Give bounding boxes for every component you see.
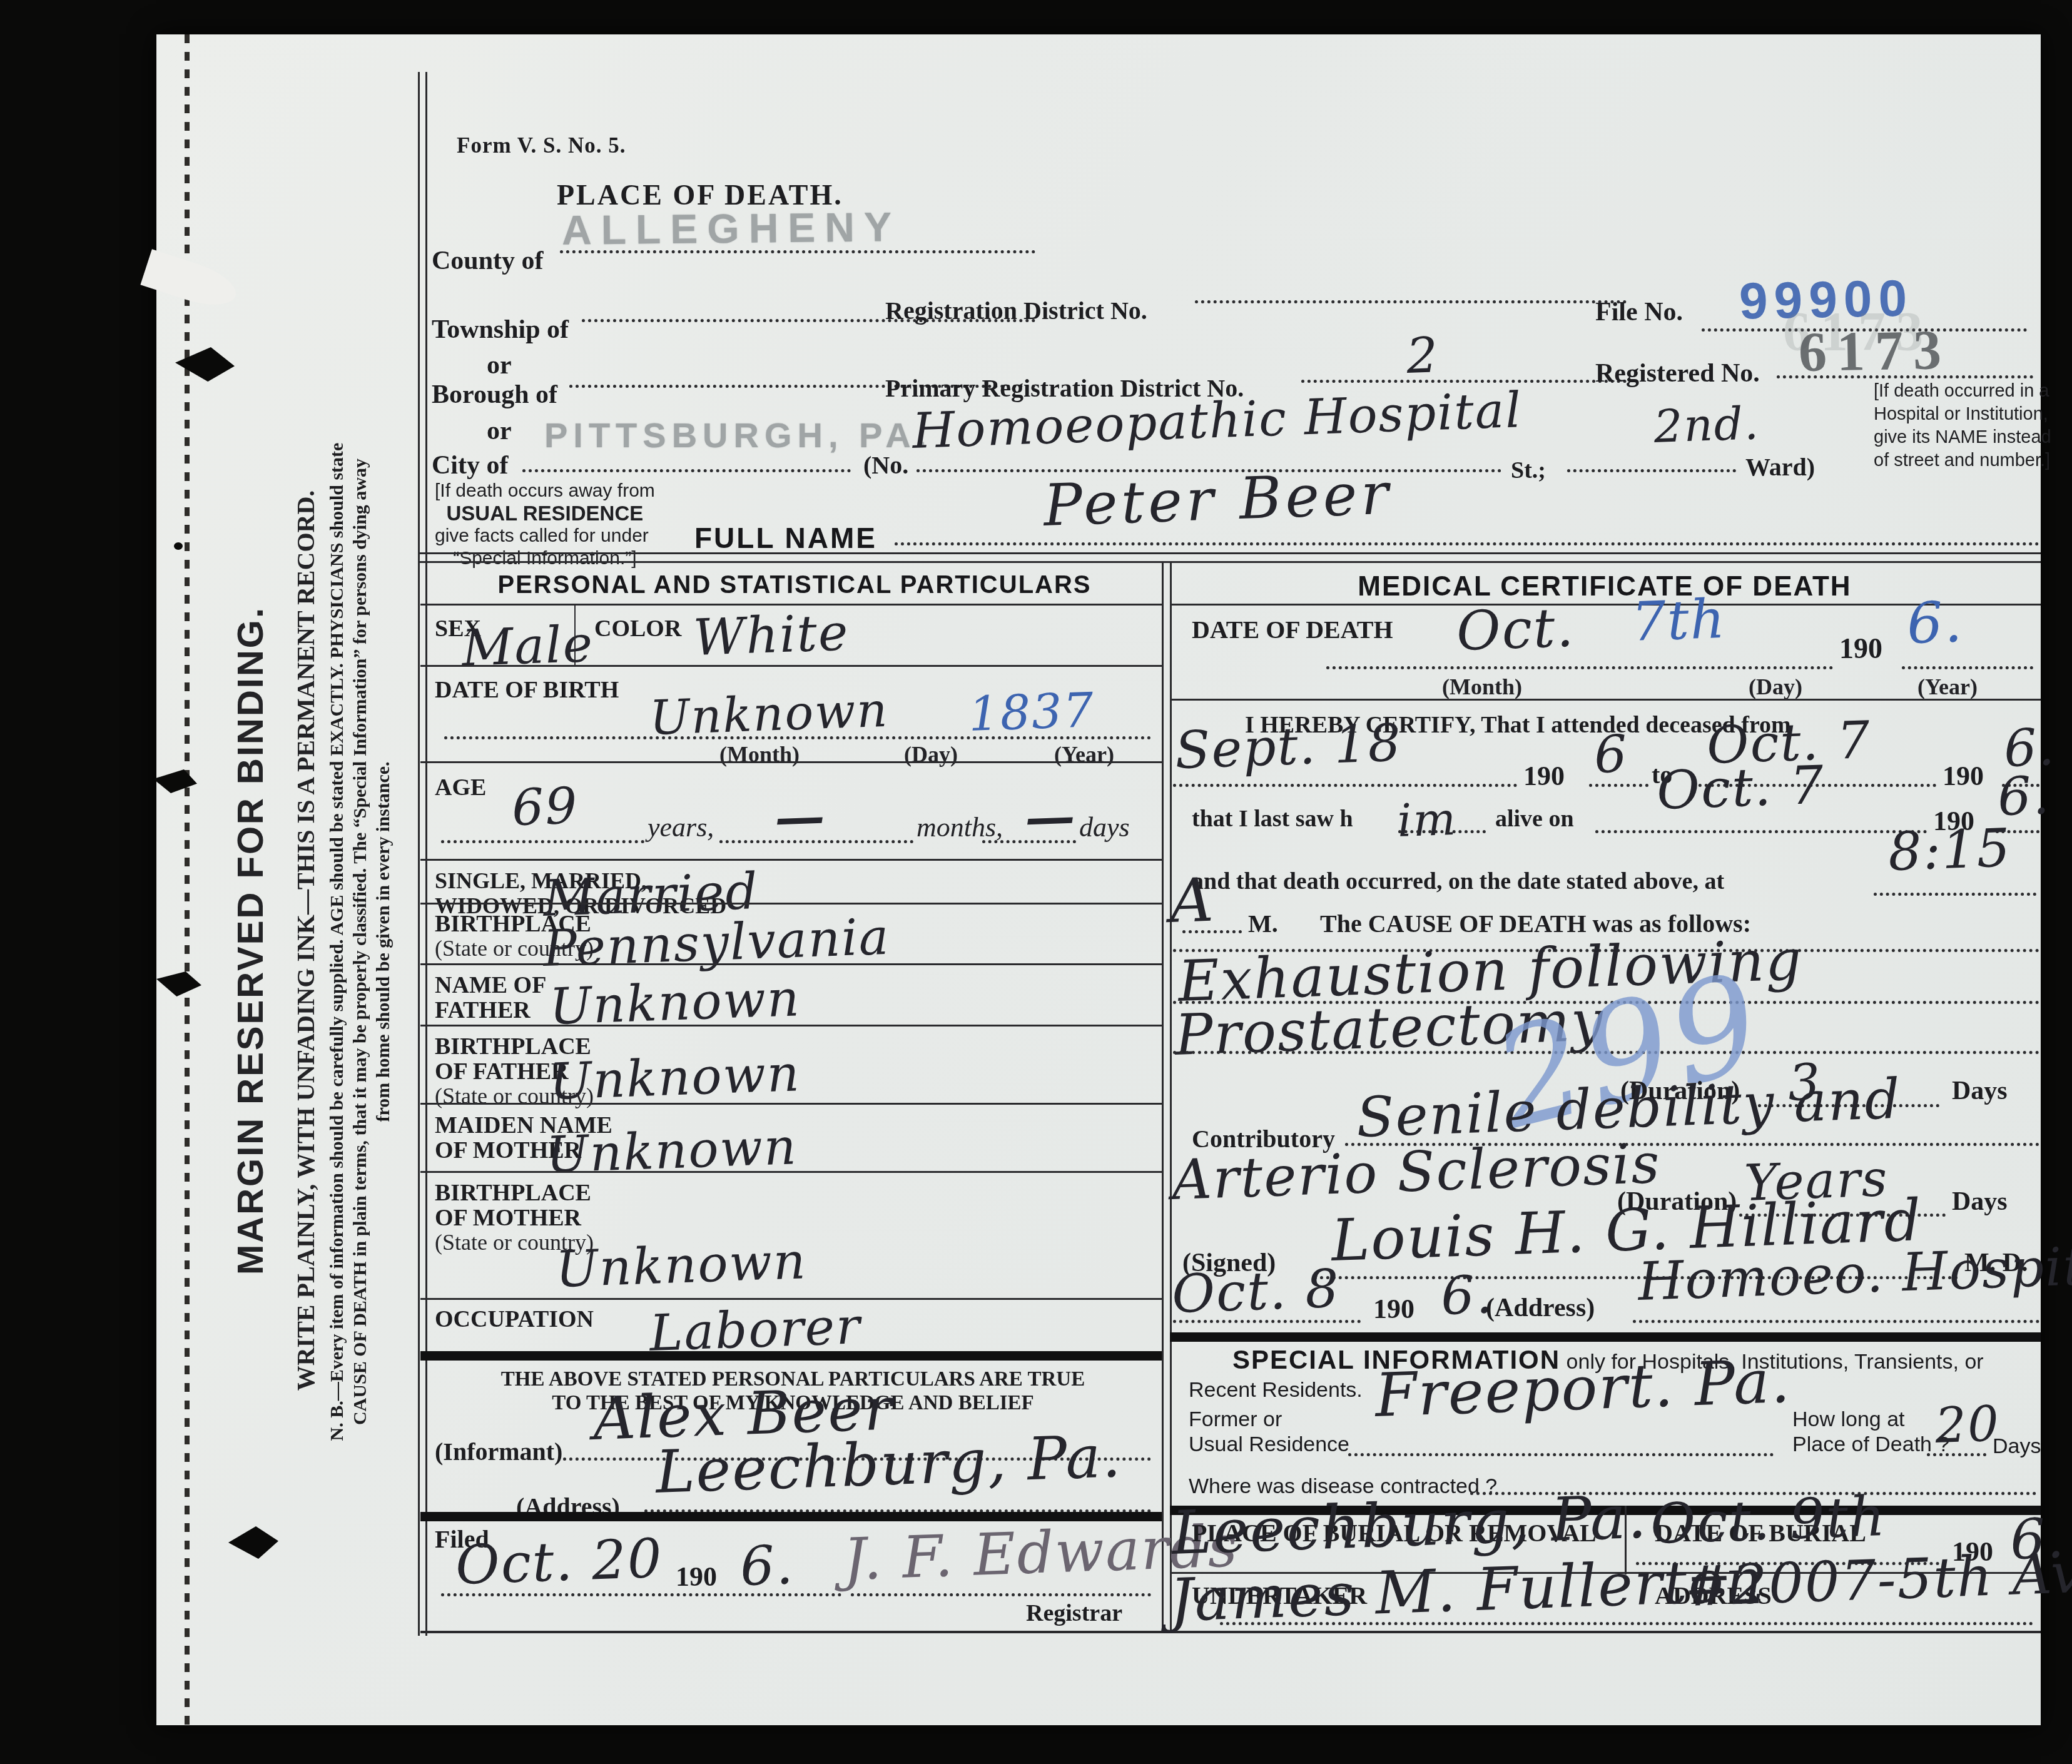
howlong-label1: How long at bbox=[1792, 1407, 1905, 1432]
borough-label: Borough of bbox=[432, 380, 557, 410]
ward-label: Ward) bbox=[1745, 452, 1815, 482]
full-name-label: FULL NAME bbox=[694, 521, 877, 555]
am-pm-value: A bbox=[1169, 865, 1216, 936]
dob-month-label: (Month) bbox=[719, 741, 800, 768]
residence-note: [If death occurs away from USUAL RESIDEN… bbox=[435, 480, 655, 570]
registered-no-blank bbox=[1777, 375, 2033, 378]
occupation-label: OCCUPATION bbox=[435, 1305, 594, 1333]
dod-year-value: 6. bbox=[1906, 589, 1964, 657]
attended-from-year-printed: 190 bbox=[1523, 760, 1565, 792]
personal-thick-bar-1 bbox=[420, 1351, 1162, 1361]
full-name-blank bbox=[895, 542, 2039, 545]
st-label: St.; bbox=[1511, 457, 1546, 484]
dob-blank bbox=[444, 736, 1151, 739]
dob-year-value: 1837 bbox=[968, 682, 1095, 742]
registrar-label: Registrar bbox=[1026, 1599, 1122, 1627]
attended-to-year-printed: 190 bbox=[1942, 760, 1984, 792]
age-label: AGE bbox=[435, 774, 486, 801]
age-years-blank bbox=[441, 840, 644, 843]
undertaker-address-value: #2007-5th Av. bbox=[1683, 1540, 2072, 1619]
age-value: 69 bbox=[511, 776, 579, 837]
form-left-border bbox=[418, 72, 420, 1636]
death-certificate-scan: MARGIN RESERVED FOR BINDING. WRITE PLAIN… bbox=[0, 0, 2072, 1764]
signed-date-blank bbox=[1173, 1320, 1361, 1323]
hospital-note-line4: of street and number.] bbox=[1874, 449, 2051, 472]
attended-from-year-value: 6 bbox=[1593, 724, 1629, 785]
paper-tear bbox=[156, 971, 201, 996]
registered-no-label: Registered No. bbox=[1595, 358, 1760, 388]
death-time-blank bbox=[1874, 893, 2036, 896]
or2-label: or bbox=[487, 416, 512, 446]
birthplace-row-rule bbox=[420, 963, 1162, 965]
file-no-label: File No. bbox=[1595, 297, 1683, 327]
paper-tear bbox=[153, 769, 197, 793]
signed-date-value: Oct. 8 bbox=[1171, 1258, 1341, 1325]
duration2-days-label: Days bbox=[1952, 1187, 2008, 1217]
father-name-rule bbox=[420, 1025, 1162, 1026]
township-blank bbox=[582, 319, 1035, 322]
howlong-value: 20 bbox=[1934, 1396, 2001, 1454]
filed-blank bbox=[441, 1593, 841, 1596]
registrar-blank bbox=[851, 1593, 1151, 1596]
father-name-label-1: NAME OF bbox=[435, 971, 546, 999]
birthplace-value: Pennsylvania bbox=[542, 908, 891, 978]
paper-tear bbox=[174, 542, 183, 550]
last-saw-blank bbox=[1595, 830, 1927, 833]
dob-row-rule bbox=[420, 761, 1162, 763]
last-saw-him-blank bbox=[1398, 830, 1486, 833]
father-bp-rule bbox=[420, 1103, 1162, 1105]
mother-name-rule bbox=[420, 1171, 1162, 1173]
attended-from-year-blank bbox=[1589, 784, 1648, 787]
dod-year-label: (Year) bbox=[1917, 674, 1978, 700]
special-info-note2: Recent Residents. bbox=[1189, 1378, 1363, 1402]
mother-name-value: Unknown bbox=[546, 1117, 798, 1184]
attended-from-blank bbox=[1173, 784, 1517, 787]
or1-label: or bbox=[487, 350, 512, 380]
dod-year-blank bbox=[1902, 666, 2033, 669]
burial-date-value: Oct. 9th bbox=[1649, 1484, 1887, 1556]
mother-bp-label-2: OF MOTHER bbox=[435, 1204, 581, 1232]
former-residence-label1: Former or bbox=[1189, 1407, 1282, 1432]
dod-year-printed: 190 bbox=[1839, 632, 1882, 665]
hospital-note: [If death occurred in a Hospital or Inst… bbox=[1874, 380, 2051, 472]
mother-bp-value: Unknown bbox=[555, 1232, 808, 1299]
dod-label: DATE OF DEATH bbox=[1192, 615, 1393, 644]
age-months-label: months, bbox=[917, 811, 1003, 843]
full-name-handwriting: Peter Beer bbox=[1042, 460, 1393, 539]
header-divider-top bbox=[418, 552, 2041, 554]
father-name-label-2: FATHER bbox=[435, 996, 531, 1024]
residence-note-line1: [If death occurs away from bbox=[435, 480, 655, 502]
signed-year-printed: 190 bbox=[1373, 1293, 1414, 1325]
attended-from-value: Sept. 18 bbox=[1174, 713, 1403, 781]
hospital-note-line1: [If death occurred in a bbox=[1874, 380, 2051, 403]
am-pm-blank bbox=[1182, 930, 1242, 933]
county-blank bbox=[560, 250, 1035, 253]
ward-value-handwriting: 2nd. bbox=[1653, 397, 1760, 453]
signed-address-label: (Address) bbox=[1486, 1293, 1595, 1323]
age-months-blank bbox=[719, 840, 913, 843]
ward-blank bbox=[1567, 469, 1736, 472]
hospital-note-line2: Hospital or Institution, bbox=[1874, 403, 2051, 426]
marital-row-rule bbox=[420, 903, 1162, 905]
residence-note-line4: “Special Information.”] bbox=[435, 547, 655, 570]
filed-date-value: Oct. 20 bbox=[455, 1527, 664, 1597]
duration-days-label: Days bbox=[1952, 1076, 2008, 1106]
dod-row-rule bbox=[1170, 699, 2041, 701]
city-label: City of bbox=[432, 450, 508, 480]
howlong-days-label: Days bbox=[1993, 1434, 2041, 1459]
dob-year-label: (Year) bbox=[1054, 741, 1114, 768]
margin-nb-line1: N. B.—Every item of information should b… bbox=[325, 154, 348, 1730]
residence-note-line3: give facts called for under bbox=[435, 525, 655, 547]
age-row-rule bbox=[420, 859, 1162, 861]
signed-address-blank bbox=[1633, 1320, 2039, 1323]
age-years-label: years, bbox=[647, 811, 714, 843]
column-divider bbox=[1162, 561, 1164, 1631]
form-number: Form V. S. No. 5. bbox=[457, 133, 626, 158]
last-saw-him: im bbox=[1396, 793, 1458, 847]
color-label: COLOR bbox=[594, 615, 681, 642]
margin-nb-text: N. B.—Every item of information should b… bbox=[325, 154, 395, 1730]
undertaker-blank bbox=[1220, 1622, 2033, 1625]
howlong-blank bbox=[1927, 1453, 1986, 1456]
color-value: White bbox=[693, 603, 850, 667]
informant-label: (Informant) bbox=[435, 1437, 562, 1466]
age-days-label: days bbox=[1079, 811, 1130, 843]
personal-title: PERSONAL AND STATISTICAL PARTICULARS bbox=[425, 571, 1164, 599]
dod-month-value: Oct. bbox=[1456, 596, 1576, 663]
margin-nb-line3: from home should be given in every insta… bbox=[372, 154, 395, 1730]
margin-plainly-text: WRITE PLAINLY, WITH UNFADING INK—THIS IS… bbox=[291, 300, 320, 1582]
sex-row-rule bbox=[420, 665, 1162, 667]
county-label: County of bbox=[432, 246, 544, 276]
paper-tear bbox=[140, 249, 241, 313]
former-residence-value: Freeport. Pa. bbox=[1374, 1346, 1792, 1431]
death-time-value: 8:15 bbox=[1887, 817, 2013, 883]
hospital-note-line3: give its NAME instead bbox=[1874, 426, 2051, 449]
margin-nb-line2: CAUSE OF DEATH in plain terms, that it m… bbox=[348, 154, 372, 1730]
former-residence-label2: Usual Residence bbox=[1189, 1432, 1349, 1457]
header-divider-bottom bbox=[418, 561, 2041, 563]
registration-district-blank bbox=[1195, 300, 1627, 303]
father-bp-value: Unknown bbox=[549, 1044, 801, 1111]
dob-day-label: (Day) bbox=[904, 741, 958, 768]
residence-note-line2: USUAL RESIDENCE bbox=[435, 502, 655, 525]
primary-registration-blank bbox=[1301, 380, 1627, 383]
allegheny-county-stamp: ALLEGHENY bbox=[562, 203, 901, 254]
dod-day-label: (Day) bbox=[1749, 674, 1802, 700]
dob-label: DATE OF BIRTH bbox=[435, 676, 619, 704]
township-label: Township of bbox=[432, 315, 569, 345]
dod-month-label: (Month) bbox=[1442, 674, 1522, 700]
last-saw-label: that I last saw h bbox=[1192, 805, 1353, 833]
filed-year-value: 6. bbox=[739, 1534, 796, 1598]
filed-year-printed: 190 bbox=[676, 1561, 717, 1593]
column-divider-inner bbox=[1170, 561, 1172, 1631]
street-no-label: (No. bbox=[863, 450, 908, 480]
certificate-paper: MARGIN RESERVED FOR BINDING. WRITE PLAIN… bbox=[156, 34, 2041, 1725]
dod-day-value: 7th bbox=[1631, 588, 1727, 654]
former-residence-blank bbox=[1348, 1453, 1774, 1456]
death-occurred-label: and that death occurred, on the date sta… bbox=[1192, 868, 1724, 895]
sex-color-divider bbox=[574, 604, 576, 665]
city-blank bbox=[522, 469, 851, 472]
margin-binding-text: MARGIN RESERVED FOR BINDING. bbox=[230, 340, 272, 1541]
age-days-blank bbox=[982, 840, 1076, 843]
mother-bp-label-1: BIRTHPLACE bbox=[435, 1179, 591, 1207]
dod-blank bbox=[1326, 666, 1833, 669]
age-months-dash: — bbox=[774, 786, 827, 847]
pittsburgh-city-stamp: PITTSBURGH, PA. bbox=[544, 415, 932, 455]
medical-thick-bar-1 bbox=[1170, 1332, 2041, 1342]
last-saw-date: Oct. 7 bbox=[1656, 754, 1826, 821]
m-label: M. bbox=[1248, 909, 1278, 938]
last-saw-label2: alive on bbox=[1495, 805, 1574, 833]
primary-registration-value: 2 bbox=[1406, 327, 1440, 385]
age-days-dash: — bbox=[1024, 786, 1077, 847]
howlong-label2: Place of Death ? bbox=[1792, 1432, 1949, 1457]
